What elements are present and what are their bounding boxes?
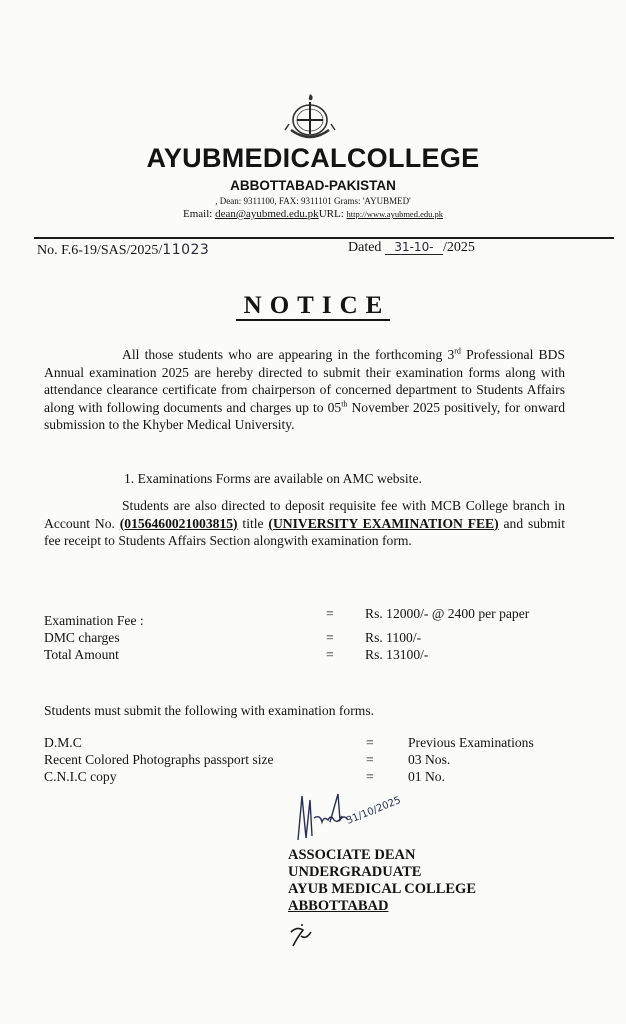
header-divider <box>34 237 614 239</box>
documents-table: D.M.C=Previous Examinations Recent Color… <box>44 735 584 786</box>
signatory-block: ASSOCIATE DEAN UNDERGRADUATE AYUB MEDICA… <box>288 847 476 915</box>
notice-paragraph-2: Students are also directed to deposit re… <box>44 497 565 550</box>
email-link[interactable]: dean@ayubmed.edu.pk <box>215 208 319 220</box>
account-title: (UNIVERSITY EXAMINATION FEE) <box>268 516 498 531</box>
college-contact: , Dean: 9311100, FAX: 9311101 Grams: 'AY… <box>0 196 626 206</box>
college-city: ABBOTTABAD-PAKISTAN <box>0 178 626 193</box>
date-year: /2025 <box>443 240 475 255</box>
signatory-city: ABBOTTABAD <box>288 898 476 915</box>
signatory-institution: AYUB MEDICAL COLLEGE <box>288 881 476 898</box>
document-row: C.N.I.C copy=01 No. <box>44 769 584 786</box>
url-label: URL: <box>319 208 347 220</box>
fee-row: DMC charges=Rs. 1100/- <box>44 630 584 647</box>
date-line: Dated 31-10-/2025 <box>348 240 475 256</box>
initials-icon <box>288 922 318 950</box>
fee-row: Total Amount=Rs. 13100/- <box>44 647 584 664</box>
college-web-line: Email: dean@ayubmed.edu.pkURL: http://ww… <box>0 208 626 220</box>
college-name: AYUBMEDICALCOLLEGE <box>0 143 626 174</box>
svg-text:31/10/2025: 31/10/2025 <box>345 795 403 827</box>
notice-paragraph-1: All those students who are appearing in … <box>44 346 565 434</box>
signatory-title: ASSOCIATE DEAN <box>288 847 476 864</box>
dated-label: Dated <box>348 240 385 255</box>
notice-document: AYUBMEDICALCOLLEGE ABBOTTABAD-PAKISTAN ,… <box>0 0 626 1024</box>
signatory-department: UNDERGRADUATE <box>288 864 476 881</box>
reference-handwritten: 11023 <box>162 242 209 258</box>
fee-table: Examination Fee :=Rs. 12000/- @ 2400 per… <box>44 613 584 664</box>
document-row: Recent Colored Photographs passport size… <box>44 752 584 769</box>
college-crest-icon <box>281 90 339 148</box>
fee-row: Examination Fee :=Rs. 12000/- @ 2400 per… <box>44 606 584 630</box>
signature-icon: 31/10/2025 <box>290 788 415 848</box>
date-handwritten: 31-10- <box>385 240 443 255</box>
reference-prefix: No. F.6-19/SAS/2025/ <box>37 243 162 258</box>
email-label: Email: <box>183 208 215 220</box>
document-row: D.M.C=Previous Examinations <box>44 735 584 752</box>
url-link[interactable]: http://www.ayubmed.edu.pk <box>347 209 443 219</box>
list-item-forms: 1. Examinations Forms are available on A… <box>124 471 422 487</box>
account-number: (0156460021003815) <box>120 516 238 531</box>
reference-number: No. F.6-19/SAS/2025/11023 <box>37 242 209 259</box>
documents-heading: Students must submit the following with … <box>44 703 374 719</box>
notice-title: NOTICE <box>0 292 626 320</box>
